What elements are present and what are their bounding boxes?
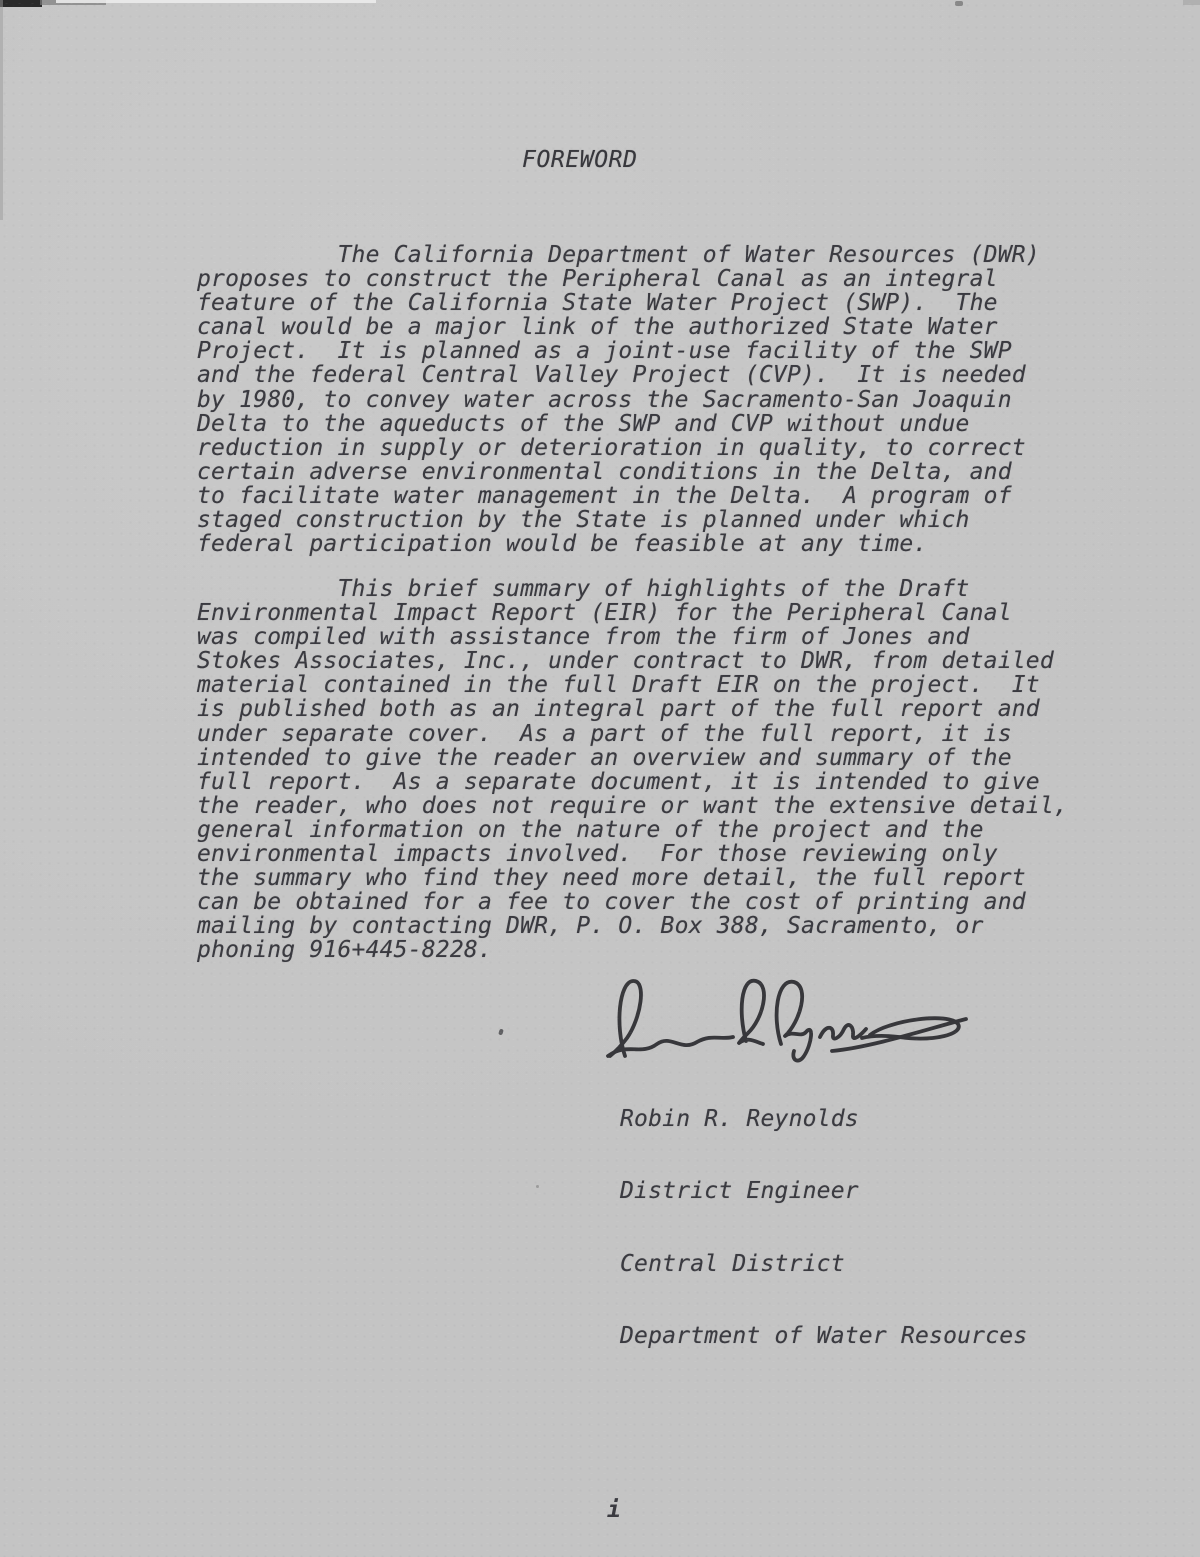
signatory-role: District Engineer <box>620 1179 1027 1203</box>
document-page: FOREWORD The California Department of Wa… <box>0 0 1200 1557</box>
paragraph-intro-peripheral-canal: The California Department of Water Resou… <box>197 243 1040 556</box>
signature-block: Robin R. Reynolds District Engineer Cent… <box>620 1059 1027 1396</box>
scan-artifact-top-left-black <box>0 0 42 7</box>
scan-artifact-top-right-shade <box>1183 0 1200 5</box>
page-title: FOREWORD <box>522 147 638 173</box>
scan-artifact-ink-dot <box>498 1029 504 1036</box>
scan-artifact-top-speck <box>955 1 963 6</box>
signatory-organization: Department of Water Resources <box>620 1324 1027 1348</box>
signatory-district: Central District <box>620 1252 1027 1276</box>
scan-artifact-top-light-strip <box>56 0 376 3</box>
scan-artifact-top-left-gray <box>40 0 106 5</box>
paragraph-summary-description: This brief summary of highlights of the … <box>197 577 1068 963</box>
signatory-name: Robin R. Reynolds <box>620 1107 1027 1131</box>
scan-artifact-left-edge-shade <box>0 0 3 220</box>
scan-artifact-small-dot <box>536 1185 539 1188</box>
page-number: i <box>607 1497 621 1523</box>
